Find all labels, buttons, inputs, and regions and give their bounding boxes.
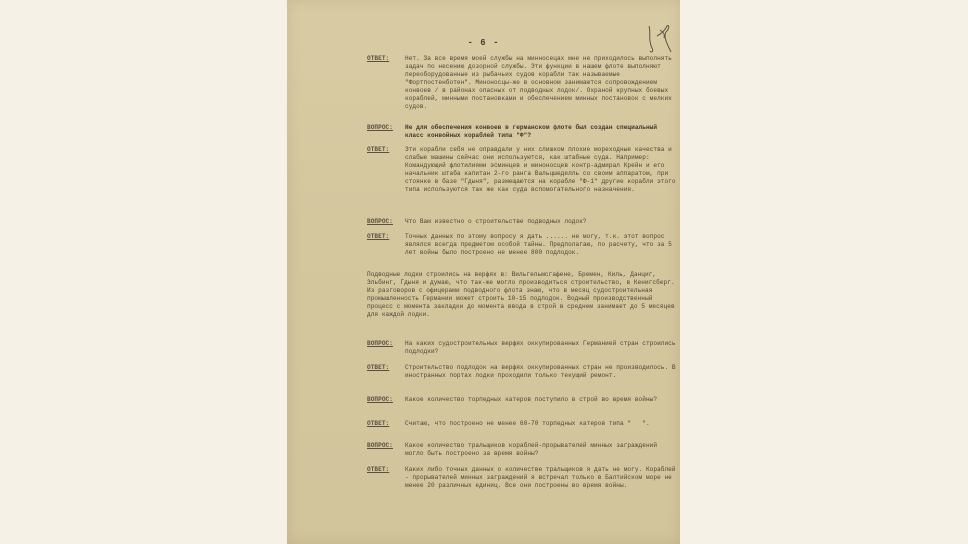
entry-label: ОТВЕТ: [367, 364, 405, 380]
entry-answer-5: ОТВЕТ: Считаю, что построено не менее 60… [367, 420, 677, 428]
entry-label: ВОПРОС: [367, 396, 405, 404]
page-number: - 6 - [287, 38, 680, 48]
entry-text: На каких судостроительных верфях оккупир… [405, 340, 677, 356]
entry-label: ВОПРОС: [367, 124, 405, 140]
entry-text: Точных данных по этому вопросу я дать ..… [405, 233, 677, 257]
handwritten-initials-mark [645, 22, 675, 56]
entry-text: Какое количество торпедных катеров посту… [405, 396, 677, 404]
entry-paragraph-shipyards: Подводные лодки строились на верфях в: В… [367, 271, 677, 319]
entry-label: ВОПРОС: [367, 442, 405, 458]
entry-question-4: ВОПРОС: Какое количество торпедных катер… [367, 396, 677, 404]
entry-question-2: ВОПРОС: Что Вам известно о строительстве… [367, 218, 677, 226]
entry-answer-1: ОТВЕТ: Нет. За все время моей службы на … [367, 55, 677, 111]
entry-text: Какое количество тральщиков кораблей-про… [405, 442, 677, 458]
entry-label: ОТВЕТ: [367, 55, 405, 111]
entry-text: Не для обеспечения конвоев в германском … [405, 124, 677, 140]
entry-question-1: ВОПРОС: Не для обеспечения конвоев в гер… [367, 124, 677, 140]
entry-answer-2: ОТВЕТ: Эти корабли себя не оправдали у н… [367, 146, 677, 194]
entry-label: ВОПРОС: [367, 218, 405, 226]
entry-question-5: ВОПРОС: Какое количество тральщиков кора… [367, 442, 677, 458]
entry-label: ОТВЕТ: [367, 233, 405, 257]
entry-label: ОТВЕТ: [367, 466, 405, 490]
entry-question-3: ВОПРОС: На каких судостроительных верфях… [367, 340, 677, 356]
entry-answer-6: ОТВЕТ: Каких либо точных данных о количе… [367, 466, 677, 490]
entry-label: ОТВЕТ: [367, 420, 405, 428]
paragraph-text: Подводные лодки строились на верфях в: В… [367, 271, 677, 319]
entry-text: Нет. За все время моей службы на минносе… [405, 55, 677, 111]
entry-answer-4: ОТВЕТ: Строительство подлодок на верфях … [367, 364, 677, 380]
entry-answer-3: ОТВЕТ: Точных данных по этому вопросу я … [367, 233, 677, 257]
entry-label: ВОПРОС: [367, 340, 405, 356]
entry-text: Что Вам известно о строительстве подводн… [405, 218, 677, 226]
entry-text: Строительство подлодок на верфях оккупир… [405, 364, 677, 380]
entry-label: ОТВЕТ: [367, 146, 405, 194]
entry-text: Считаю, что построено не менее 60-70 тор… [405, 420, 677, 428]
entry-text: Каких либо точных данных о количестве тр… [405, 466, 677, 490]
entry-text: Эти корабли себя не оправдали у них слиш… [405, 146, 677, 194]
